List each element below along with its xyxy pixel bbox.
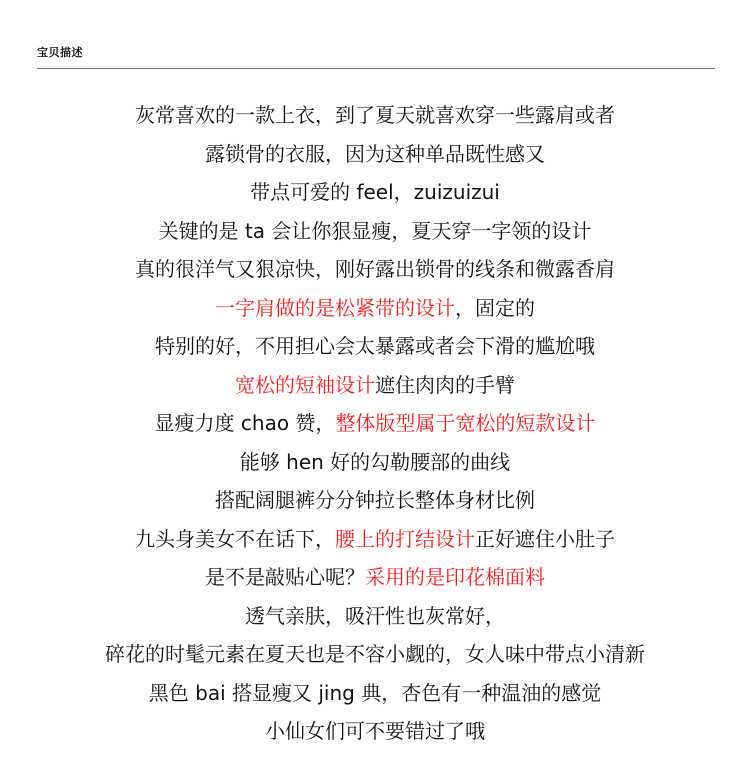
description-line: 真的很洋气又狠凉快，刚好露出锁骨的线条和微露香肩 (0, 250, 750, 289)
body-text: 露锁骨的衣服，因为这种单品既性感又 (205, 142, 545, 166)
description-line: 九头身美女不在话下，腰上的打结设计正好遮住小肚子 (0, 520, 750, 559)
description-line: 搭配阔腿裤分分钟拉长整体身材比例 (0, 481, 750, 520)
description-line: 露锁骨的衣服，因为这种单品既性感又 (0, 135, 750, 174)
description-line: 关键的是 ta 会让你狠显瘦，夏天穿一字领的设计 (0, 212, 750, 251)
section-header: 宝贝描述 (37, 46, 715, 69)
body-text: 搭配阔腿裤分分钟拉长整体身材比例 (215, 488, 535, 512)
highlight-text: 采用的是印花棉面料 (365, 565, 545, 589)
body-text: 能够 hen 好的勾勒腰部的曲线 (240, 450, 510, 474)
highlight-text: 一字肩做的是松紧带的设计 (215, 296, 455, 320)
body-text: 是不是敲贴心呢？ (205, 565, 365, 589)
highlight-text: 宽松的短袖设计 (235, 373, 375, 397)
description-line: 小仙女们可不要错过了哦 (0, 712, 750, 751)
section-title: 宝贝描述 (37, 46, 715, 60)
description-line: 碎花的时髦元素在夏天也是不容小觑的，女人味中带点小清新 (0, 635, 750, 674)
body-text: 碎花的时髦元素在夏天也是不容小觑的，女人味中带点小清新 (105, 642, 645, 666)
description-line: 一字肩做的是松紧带的设计，固定的 (0, 289, 750, 328)
description-line: 特别的好，不用担心会太暴露或者会下滑的尴尬哦 (0, 327, 750, 366)
body-text: 特别的好，不用担心会太暴露或者会下滑的尴尬哦 (155, 334, 595, 358)
body-text: 真的很洋气又狠凉快，刚好露出锁骨的线条和微露香肩 (135, 257, 615, 281)
highlight-text: 整体版型属于宽松的短款设计 (335, 411, 595, 435)
body-text: ，固定的 (455, 296, 535, 320)
description-line: 黑色 bai 搭显瘦又 jing 典，杏色有一种温油的感觉 (0, 674, 750, 713)
body-text: 显瘦力度 chao 赞， (155, 411, 336, 435)
description-line: 宽松的短袖设计遮住肉肉的手臂 (0, 366, 750, 405)
body-text: 正好遮住小肚子 (475, 527, 615, 551)
body-text: 黑色 bai 搭显瘦又 jing 典，杏色有一种温油的感觉 (149, 681, 601, 705)
product-description: 灰常喜欢的一款上衣，到了夏天就喜欢穿一些露肩或者露锁骨的衣服，因为这种单品既性感… (0, 96, 750, 751)
description-line: 能够 hen 好的勾勒腰部的曲线 (0, 443, 750, 482)
highlight-text: 腰上的打结设计 (335, 527, 475, 551)
description-line: 显瘦力度 chao 赞，整体版型属于宽松的短款设计 (0, 404, 750, 443)
body-text: 带点可爱的 feel，zuizuizui (250, 180, 500, 204)
description-line: 灰常喜欢的一款上衣，到了夏天就喜欢穿一些露肩或者 (0, 96, 750, 135)
description-line: 是不是敲贴心呢？采用的是印花棉面料 (0, 558, 750, 597)
description-line: 透气亲肤，吸汗性也灰常好， (0, 597, 750, 636)
body-text: 灰常喜欢的一款上衣，到了夏天就喜欢穿一些露肩或者 (135, 103, 615, 127)
description-line: 带点可爱的 feel，zuizuizui (0, 173, 750, 212)
body-text: 关键的是 ta 会让你狠显瘦，夏天穿一字领的设计 (159, 219, 592, 243)
body-text: 遮住肉肉的手臂 (375, 373, 515, 397)
body-text: 九头身美女不在话下， (135, 527, 335, 551)
body-text: 小仙女们可不要错过了哦 (265, 719, 485, 743)
body-text: 透气亲肤，吸汗性也灰常好， (245, 604, 505, 628)
